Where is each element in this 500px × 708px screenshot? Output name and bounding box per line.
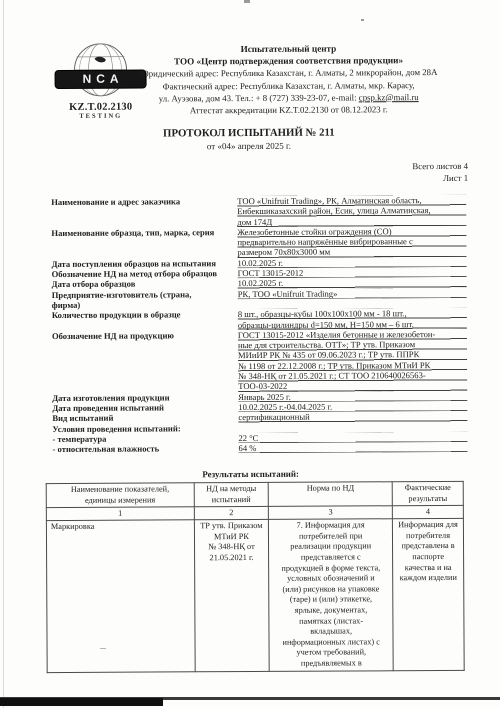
sheets-total: Всего листов 4	[412, 160, 468, 172]
col-header-actual: Фактические результаты	[392, 481, 463, 506]
scan-bottom-bar-artifact	[0, 698, 163, 706]
field-label: - относительная влажность	[52, 443, 238, 454]
field-row-product-nd: Обозначение НД на продукцию ГОСТ 13015-2…	[52, 329, 467, 393]
field-value: Железобетонные стойки ограждения (СО) пр…	[237, 226, 466, 258]
results-heading: Результаты испытаний:	[1, 468, 500, 481]
field-row-sample-name: Наименование образца, тип, марка, серия …	[51, 226, 466, 259]
table-row: Маркировка ТР утв. Приказом МТиИ РК № 34…	[46, 519, 464, 672]
sheet-info: Всего листов 4 Лист 1	[412, 160, 468, 184]
letterhead: Испытательный центр ТОО «Центр подтвержд…	[110, 42, 466, 117]
results-table: Наименование показателей, единицы измере…	[46, 481, 465, 673]
phone-text: ул. Ауэзова, дом 43. Тел.: + 8 (727) 339…	[159, 92, 359, 103]
email-text: cpsp.kz@mail.ru	[359, 92, 419, 102]
field-value: 8 шт., образцы-кубы 100х100х100 мм - 18 …	[238, 308, 467, 330]
protocol-fields: Наименование и адрес заказчика ТОО «Unif…	[51, 195, 467, 455]
field-value: сертификационный	[238, 411, 467, 422]
field-row-manufacturer: Предприятие-изготовитель (страна, фирма)…	[52, 288, 467, 311]
contact-line: ул. Ауэзова, дом 43. Тел.: + 8 (727) 339…	[111, 91, 467, 105]
protocol-date: от «04» апреля 2025 г.	[0, 140, 499, 153]
field-row-humidity: - относительная влажность 64 %	[52, 442, 467, 454]
col-header-norm: Норма по НД	[268, 482, 392, 507]
field-label: Наименование образца, тип, марка, серия	[51, 227, 237, 238]
field-value: ГОСТ 13015-2012 «Изделия бетонные и желе…	[238, 329, 467, 392]
protocol-title: ПРОТОКОЛ ИСПЫТАНИЙ № 211	[0, 126, 499, 141]
col-number: 2	[194, 507, 269, 520]
field-label: Обозначение НД на продукцию	[52, 330, 238, 341]
col-number: 1	[46, 507, 194, 521]
sheet-number: Лист 1	[412, 172, 468, 184]
field-value: РК, ТОО «Unifruit Trading»	[238, 288, 467, 299]
results-header-row: Наименование показателей, единицы измере…	[46, 481, 463, 507]
field-label: Наименование и адрес заказчика	[51, 196, 237, 207]
col-header-indicator: Наименование показателей, единицы измере…	[46, 483, 194, 508]
field-row-customer: Наименование и адрес заказчика ТОО «Unif…	[51, 195, 466, 228]
scan-speck	[361, 19, 364, 21]
norm-cell: 7. Информация для потребителей при реали…	[269, 519, 394, 671]
col-number: 3	[269, 506, 393, 520]
indicator-cell: Маркировка	[46, 520, 194, 672]
scanned-protocol-page: NCA KZ.T.02.2130 TESTING Испытательный ц…	[0, 0, 500, 708]
field-label: Количество продукции в образце	[52, 309, 238, 320]
actual-result-cell: Информация для потребителя представлена …	[392, 519, 464, 671]
scan-edge-artifact	[3, 0, 4, 708]
field-value: 64 %	[238, 442, 467, 453]
field-value: ТОО «Unifruit Trading», РК, Алматинская …	[237, 195, 466, 227]
scan-speck	[244, 0, 250, 3]
method-nd-cell: ТР утв. Приказом МТиИ РК № 348-НҚ от 21.…	[194, 520, 269, 672]
field-row-test-type: Вид испытаний сертификационный	[52, 411, 467, 423]
col-number: 4	[392, 506, 463, 519]
scan-speck	[100, 648, 106, 649]
col-header-method-nd: НД на методы испытаний	[194, 482, 269, 507]
attestation-line: Аттестат аккредитации KZ.T.02.2130 от 08…	[111, 103, 467, 117]
field-row-quantity: Количество продукции в образце 8 шт., об…	[52, 308, 467, 331]
field-label: Предприятие-изготовитель (страна, фирма)	[52, 289, 238, 311]
